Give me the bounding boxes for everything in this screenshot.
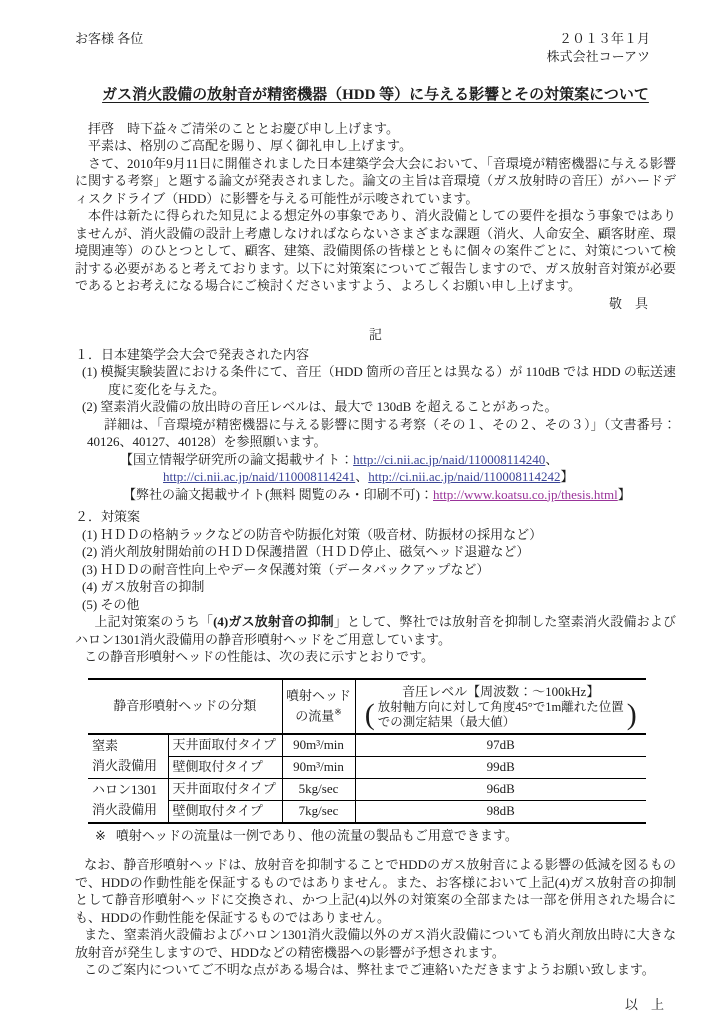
- section2-item-2: (2) 消火剤放射開始前のＨＤＤ保護措置（ＨＤＤ停止、磁気ヘッド退避など）: [82, 543, 676, 561]
- item-text: ＨＤＤの耐音性向上やデータ保護対策（データバックアップなど）: [100, 562, 489, 577]
- background-paragraph: さて、2010年9月11日に開催されました日本建築学会大会において、「音環境が精…: [75, 155, 676, 208]
- contact-paragraph: このご案内についてご不明な点がある場合は、弊社までご連絡いただきますようお願い致…: [75, 961, 676, 979]
- section1-item-2: (2) 窒素消火設備の放出時の音圧レベルは、最大で 130dB を超えることがあ…: [82, 398, 676, 416]
- item-number: (5): [82, 597, 97, 612]
- item-text: ＨＤＤの格納ラックなどの防音や防振化対策（吸音材、防振材の採用など）: [100, 527, 542, 542]
- section2-item-1: (1) ＨＤＤの格納ラックなどの防音や防振化対策（吸音材、防振材の採用など）: [82, 526, 676, 544]
- record-marker: 記: [75, 326, 676, 344]
- other-systems-paragraph: また、窒素消火設備およびハロン1301消火設備以外のガス消火設備についても消火剤…: [75, 926, 676, 961]
- section1-heading: １．日本建築学会大会で発表された内容: [75, 346, 676, 364]
- disclaimer-paragraph: なお、静音形噴射ヘッドは、放射音を抑制することでHDDのガス放射音による影響の低…: [75, 856, 676, 926]
- document-page: お客様 各位 ２０１３年１月 株式会社コーアツ ガス消火設備の放射音が精密機器（…: [0, 0, 724, 1013]
- item-text: 窒素消火設備の放出時の音圧レベルは、最大で 130dB を超えることがあった。: [100, 399, 557, 414]
- mount-type: 壁側取付タイプ: [168, 756, 282, 778]
- sound-level-value: 99dB: [355, 756, 646, 778]
- purpose-paragraph: 本件は新たに得られた知見による想定外の事象であり、消火設備としての要件を損なう事…: [75, 207, 676, 295]
- section2-item-4: (4) ガス放射音の抑制: [82, 578, 676, 596]
- classification-header: 静音形噴射ヘッドの分類: [88, 679, 282, 734]
- greeting-paragraph: 平素は、格別のご高配を賜り、厚く御礼申し上げます。: [75, 137, 676, 155]
- sound-level-value: 96dB: [355, 778, 646, 800]
- company-site-label: 【弊社の論文掲載サイト(無料 閲覧のみ・印刷不可)：: [123, 487, 433, 502]
- table-row: 窒素 消火設備用 天井面取付タイプ 90m³/min 97dB: [88, 734, 646, 757]
- item-number: (3): [82, 562, 97, 577]
- item-number: (4): [82, 579, 97, 594]
- close-paren: ): [627, 702, 637, 728]
- sound-note-line1: 放射軸方向に対して角度45°で1m離れた位置: [378, 700, 624, 715]
- nii-site-label: 【国立情報学研究所の論文掲載サイト：: [120, 452, 353, 467]
- header-right: ２０１３年１月 株式会社コーアツ: [547, 30, 676, 66]
- bracket-close: 】: [560, 469, 573, 484]
- greeting-block: 拝啓 時下益々ご清栄のこととお慶び申し上げます。 平素は、格別のご高配を賜り、厚…: [75, 120, 676, 313]
- performance-table: 静音形噴射ヘッドの分類 噴射ヘッド の流量※ 音圧レベル【周波数：～100kHz…: [88, 678, 646, 824]
- sound-level-header: 音圧レベル【周波数：～100kHz】 ( 放射軸方向に対して角度45°で1m離れ…: [355, 679, 646, 734]
- link-separator: 、: [355, 469, 368, 484]
- koatsu-thesis-link[interactable]: http://www.koatsu.co.jp/thesis.html: [433, 487, 618, 502]
- title-wrap: ガス消火設備の放射音が精密機器（HDD 等）に与える影響とその対策案について: [75, 86, 676, 105]
- section2: ２．対策案 (1) ＨＤＤの格納ラックなどの防音や防振化対策（吸音材、防振材の採…: [75, 508, 676, 666]
- item-text: 消火剤放射開始前のＨＤＤ保護措置（ＨＤＤ停止、磁気ヘッド退避など）: [100, 544, 529, 559]
- sound-level-value: 98dB: [355, 800, 646, 823]
- flow-footnote-mark: ※: [334, 707, 342, 717]
- document-header: お客様 各位 ２０１３年１月 株式会社コーアツ: [75, 30, 676, 66]
- table-row: ハロン1301 消火設備用 天井面取付タイプ 5kg/sec 96dB: [88, 778, 646, 800]
- flow-header: 噴射ヘッド の流量※: [282, 679, 355, 734]
- item-number: (1): [82, 527, 97, 542]
- closing-block: なお、静音形噴射ヘッドは、放射音を抑制することでHDDのガス放射音による影響の低…: [75, 856, 676, 1013]
- mount-type: 壁側取付タイプ: [168, 800, 282, 823]
- section2-item-3: (3) ＨＤＤの耐音性向上やデータ保護対策（データバックアップなど）: [82, 561, 676, 579]
- flow-value: 5kg/sec: [282, 778, 355, 800]
- detail-reference: 詳細は、「音環境が精密機器に与える影響に関する考察（その１、その２、その３）」（…: [87, 416, 676, 451]
- section2-item-5: (5) その他: [82, 596, 676, 614]
- table-intro: この静音形噴射ヘッドの性能は、次の表に示すとおりです。: [75, 648, 676, 666]
- flow-header-line2: の流量※: [285, 704, 353, 724]
- company-link-line: 【弊社の論文掲載サイト(無料 閲覧のみ・印刷不可)：http://www.koa…: [123, 486, 676, 504]
- countermeasure-note: 上記対策案のうち「(4)ガス放射音の抑制」として、弊社では放射音を抑制した窒素消…: [75, 613, 676, 648]
- paper-link-2[interactable]: http://ci.nii.ac.jp/naid/110008114241: [163, 469, 355, 484]
- item-number: (1): [82, 364, 97, 379]
- document-title: ガス消火設備の放射音が精密機器（HDD 等）に与える影響とその対策案について: [102, 87, 649, 103]
- section2-heading: ２．対策案: [75, 508, 676, 526]
- sound-level-title: 音圧レベル【周波数：～100kHz】: [358, 683, 645, 700]
- closing-word: 敬 具: [75, 295, 676, 313]
- table-header-row: 静音形噴射ヘッドの分類 噴射ヘッド の流量※ 音圧レベル【周波数：～100kHz…: [88, 679, 646, 734]
- table-footnote: ※噴射ヘッドの流量は一例であり、他の流量の製品もご用意できます。: [95, 827, 676, 845]
- open-paren: (: [365, 702, 375, 728]
- mount-type: 天井面取付タイプ: [168, 778, 282, 800]
- footnote-mark: ※: [95, 828, 106, 843]
- flow-value: 7kg/sec: [282, 800, 355, 823]
- link-separator: 、: [545, 452, 558, 467]
- flow-header-line1: 噴射ヘッド: [285, 688, 353, 704]
- flow-value: 90m³/min: [282, 756, 355, 778]
- footnote-text: 噴射ヘッドの流量は一例であり、他の流量の製品もご用意できます。: [116, 828, 518, 843]
- sound-note-line2: での測定結果（最大値）: [378, 715, 624, 730]
- sound-level-value: 97dB: [355, 734, 646, 757]
- section1-item-1: (1) 模擬実験装置における条件にて、音圧（HDD 箇所の音圧とは異なる）が 1…: [82, 363, 676, 398]
- end-word: 以 上: [75, 996, 676, 1014]
- item-number: (2): [82, 399, 97, 414]
- item-text: 模擬実験装置における条件にて、音圧（HDD 箇所の音圧とは異なる）が 110dB…: [100, 364, 676, 397]
- bracket-close: 】: [618, 487, 631, 502]
- table-row: 壁側取付タイプ 90m³/min 99dB: [88, 756, 646, 778]
- nii-links-line2: http://ci.nii.ac.jp/naid/110008114241、ht…: [163, 468, 676, 486]
- item-number: (2): [82, 544, 97, 559]
- flow-value: 90m³/min: [282, 734, 355, 757]
- paper-link-1[interactable]: http://ci.nii.ac.jp/naid/110008114240: [353, 452, 545, 467]
- sound-level-note: ( 放射軸方向に対して角度45°で1m離れた位置 での測定結果（最大値） ): [358, 700, 645, 730]
- item-text: ガス放射音の抑制: [100, 579, 204, 594]
- system-group-halon: ハロン1301 消火設備用: [88, 778, 168, 823]
- salutation: 拝啓 時下益々ご清栄のこととお慶び申し上げます。: [75, 120, 676, 138]
- recipient: お客様 各位: [75, 30, 143, 48]
- note-bold: (4)ガス放射音の抑制: [213, 614, 334, 629]
- mount-type: 天井面取付タイプ: [168, 734, 282, 757]
- table-row: 壁側取付タイプ 7kg/sec 98dB: [88, 800, 646, 823]
- system-group-nitrogen: 窒素 消火設備用: [88, 734, 168, 779]
- nii-links-line1: 【国立情報学研究所の論文掲載サイト：http://ci.nii.ac.jp/na…: [120, 451, 676, 469]
- date: ２０１３年１月: [547, 30, 650, 48]
- note-pre: 上記対策案のうち「: [95, 614, 214, 629]
- item-text: その他: [100, 597, 139, 612]
- section1: １．日本建築学会大会で発表された内容 (1) 模擬実験装置における条件にて、音圧…: [75, 346, 676, 504]
- company-name: 株式会社コーアツ: [547, 48, 650, 66]
- paper-link-3[interactable]: http://ci.nii.ac.jp/naid/110008114242: [368, 469, 560, 484]
